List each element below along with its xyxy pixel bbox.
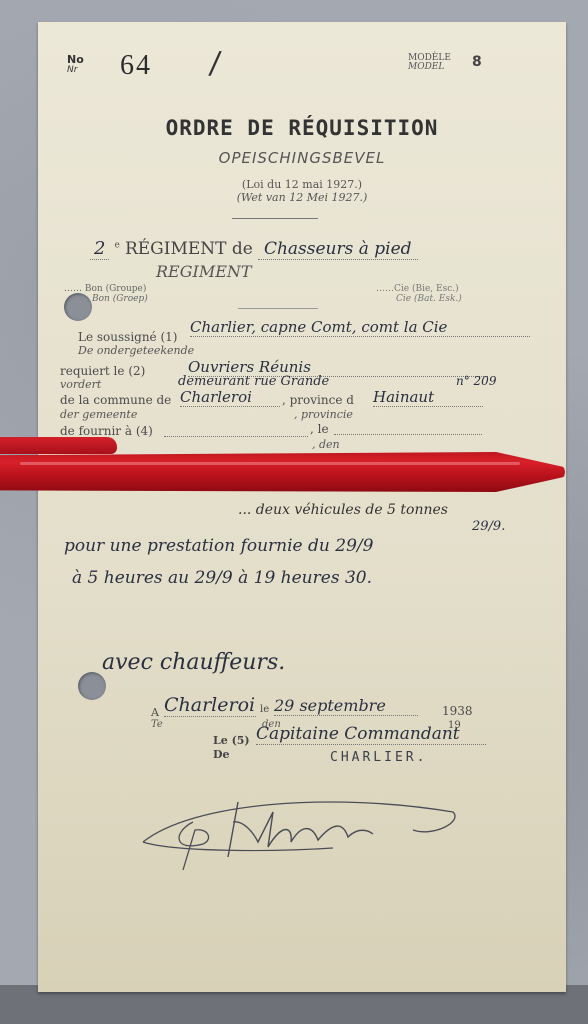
service-line-2: à 5 heures au 29/9 à 19 heures 30.: [72, 568, 372, 588]
requires-label-nl: vordert: [60, 378, 101, 391]
extra-note: avec chauffeurs.: [102, 650, 285, 675]
commune-label-nl: der gemeente: [60, 408, 137, 421]
punch-hole: [78, 672, 106, 700]
rank-label-nl: De: [213, 748, 230, 761]
year-value: 1938: [442, 704, 473, 718]
requires-label: requiert le (2): [60, 364, 145, 378]
address-value: demeurant rue Grande: [178, 374, 329, 389]
punch-hole: [64, 293, 92, 321]
regiment-number: 2: [90, 238, 109, 260]
supply-date-label: , le: [310, 422, 329, 436]
supply-field: [164, 436, 308, 437]
pen-highlight: [20, 462, 520, 465]
place-label-nl: Te: [151, 719, 163, 730]
model-number: 8: [472, 54, 482, 70]
model-label: MODÈLE MODEL: [408, 54, 451, 72]
pen-clip: [0, 437, 117, 454]
signature: [133, 782, 473, 872]
undersigned-value: Charlier, capne Comt, comt la Cie: [190, 318, 530, 337]
divider: [238, 308, 318, 309]
law-reference: (Loi du 12 mai 1927.) (Wet van 12 Mei 19…: [38, 178, 566, 204]
service-line-1: pour une prestation fournie du 29/9: [64, 536, 373, 556]
red-pen: [0, 452, 565, 492]
place-value: Charleroi: [164, 694, 256, 717]
number-slash: /: [208, 46, 223, 81]
date-annotation: 29/9.: [472, 519, 505, 534]
regiment-label-nl: REGIMENT: [156, 262, 252, 281]
undersigned-label-nl: De ondergeteekende: [78, 344, 194, 357]
company-label: ……Cie (Bie, Esc.) Cie (Bat. Esk.): [376, 284, 462, 304]
rank-value: Capitaine Commandant: [256, 724, 486, 745]
regiment-line: 2 e RÉGIMENT de Chasseurs à pied: [90, 238, 530, 259]
requisition-form: No Nr 64 / MODÈLE MODEL 8 ORDRE DE RÉQUI…: [38, 22, 566, 992]
regiment-label: RÉGIMENT de: [125, 239, 253, 259]
signatory-name: CHARLIER.: [330, 750, 427, 765]
form-number: 64: [120, 50, 152, 82]
obscured-line: ... deux véhicules de 5 tonnes: [238, 502, 448, 518]
address-number: n° 209: [456, 374, 496, 388]
regiment-name: Chasseurs à pied: [258, 239, 418, 260]
document-title: ORDRE DE RÉQUISITION: [38, 116, 566, 140]
supply-label: de fournir à (4): [60, 424, 153, 438]
province-value: Hainaut: [373, 388, 483, 407]
supply-date-label-nl: , den: [312, 438, 340, 451]
province-label-nl: , provincie: [294, 408, 353, 421]
undersigned-label: Le soussigné (1): [78, 330, 177, 344]
province-label: , province d: [282, 393, 354, 407]
document-subtitle: OPEISCHINGSBEVEL: [38, 149, 566, 167]
date-label: le: [260, 704, 269, 715]
place-label: A: [151, 706, 159, 719]
commune-value: Charleroi: [180, 388, 280, 407]
rank-label: Le (5): [213, 734, 250, 747]
date-value: 29 septembre: [274, 696, 418, 716]
commune-label: de la commune de: [60, 393, 171, 407]
number-label: No Nr: [67, 55, 84, 75]
supply-date-field: [334, 434, 482, 435]
divider: [232, 218, 318, 219]
